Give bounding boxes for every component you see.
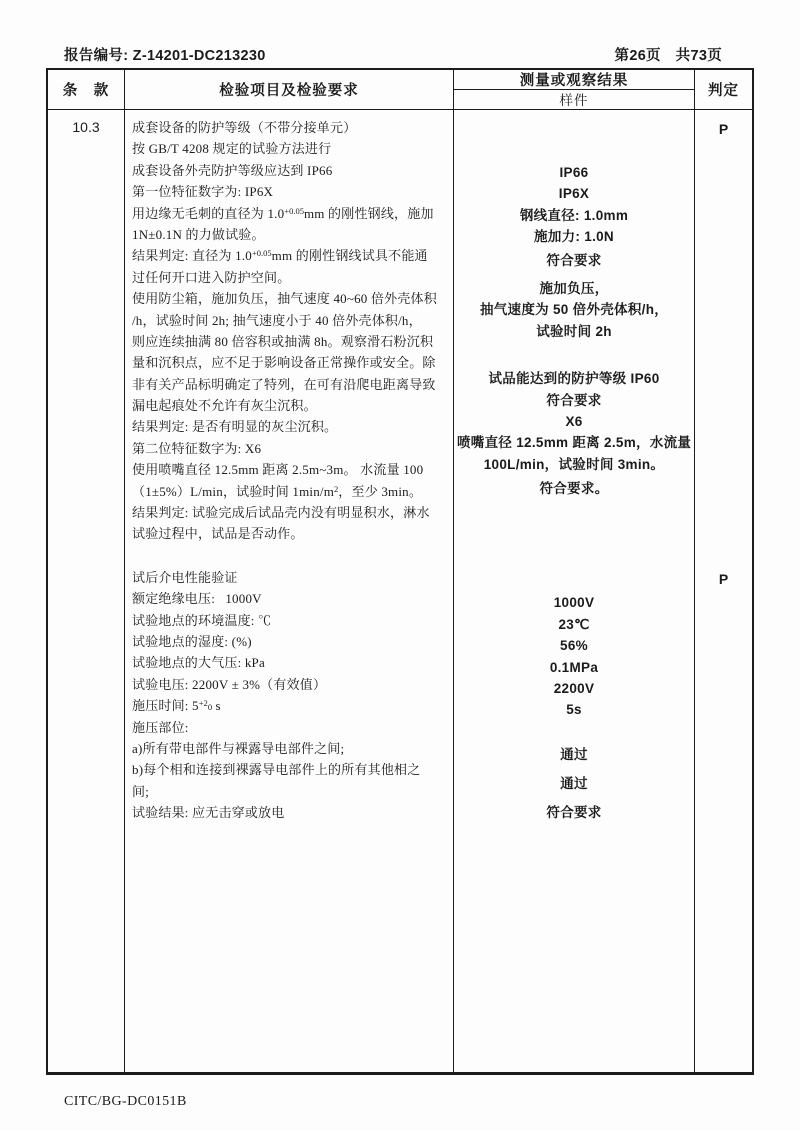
results-pass-2: 通过 xyxy=(457,773,691,794)
result-line: 符合要求 xyxy=(457,390,691,411)
results-pass-1: 通过 xyxy=(457,744,691,765)
requirement-line: 第一位特征数字为: IP6X xyxy=(132,181,451,202)
result-line: 5s xyxy=(457,699,691,720)
requirement-line: a)所有带电部件与裸露导电部件之间; xyxy=(132,738,451,759)
requirements-block-dielectric: 试后介电性能验证额定绝缘电压: 1000V试验地点的环境温度: ℃试验地点的湿度… xyxy=(132,567,451,824)
inspection-table: 条 款 检验项目及检验要求 测量或观察结果 样件 判定 10.3 成套设备的防护… xyxy=(46,68,754,1075)
requirement-line: 试验地点的大气压: kPa xyxy=(132,652,451,673)
result-line: 56% xyxy=(457,635,691,656)
requirement-line: 施压部位: xyxy=(132,717,451,738)
requirement-line: 则应连续抽满 80 倍容积或抽满 8h。观察滑石粉沉积 xyxy=(132,331,451,352)
result-line: 0.1MPa xyxy=(457,657,691,678)
header-clause: 条 款 xyxy=(48,70,125,110)
requirement-line: （1±5%）L/min，试验时间 1min/m2，至少 3min。 xyxy=(132,481,451,502)
requirement-line: 试验地点的环境温度: ℃ xyxy=(132,610,451,631)
result-line: 1000V xyxy=(457,592,691,613)
requirement-line: /h，试验时间 2h; 抽气速度小于 40 倍外壳体积/h， xyxy=(132,310,451,331)
requirement-line: 试验过程中，试品是否动作。 xyxy=(132,523,451,544)
results-dust-test: 施加负压，抽气速度为 50 倍外壳体积/h，试验时间 2h xyxy=(457,278,691,342)
result-line: 试验时间 2h xyxy=(457,321,691,342)
doc-code: CITC/BG-DC0151B xyxy=(64,1094,187,1110)
result-line: 2200V xyxy=(457,678,691,699)
requirement-line: 试后介电性能验证 xyxy=(132,567,451,588)
requirements-block-ip-rating: 成套设备的防护等级（不带分接单元）按 GB/T 4208 规定的试验方法进行成套… xyxy=(132,117,451,545)
result-line: 试品能达到的防护等级 IP60 xyxy=(457,368,691,389)
header-item-label: 检验项目及检验要求 xyxy=(219,79,359,100)
result-line: 施加负压， xyxy=(457,278,691,299)
header-sample: 样件 xyxy=(454,90,694,110)
result-line: 通过 xyxy=(457,744,691,765)
requirement-line: 结果判定: 试验完成后试品壳内没有明显积水，淋水 xyxy=(132,502,451,523)
result-line: IP6X xyxy=(457,183,691,204)
requirement-line: 非有关产品标明确定了特列，在可有沿爬电距离导致 xyxy=(132,374,451,395)
requirement-line: 试验结果: 应无击穿或放电 xyxy=(132,802,451,823)
result-line: 符合要求 xyxy=(457,802,691,823)
requirement-line: 用边缘无毛刺的直径为 1.0+0.05mm 的刚性钢线，施加 xyxy=(132,203,451,224)
requirement-line: 结果判定: 是否有明显的灰尘沉积。 xyxy=(132,416,451,437)
results-conform-3: 符合要求 xyxy=(457,802,691,823)
result-line: 施加力: 1.0N xyxy=(457,226,691,247)
requirement-line: 施压时间: 5+20 s xyxy=(132,695,451,716)
requirement-line: 漏电起痕处不允许有灰尘沉积。 xyxy=(132,395,451,416)
results-conform-2: 符合要求。 xyxy=(457,478,691,499)
requirement-line: 1N±0.1N 的力做试验。 xyxy=(132,224,451,245)
cell-requirements: 成套设备的防护等级（不带分接单元）按 GB/T 4208 规定的试验方法进行成套… xyxy=(125,110,454,1072)
cell-verdict: P P xyxy=(695,110,752,1072)
verdict-pass-1: P xyxy=(695,119,752,140)
report-number: 报告编号: Z-14201-DC213230 xyxy=(64,44,266,65)
header-clause-label: 条 款 xyxy=(63,79,110,100)
requirement-line: 试验电压: 2200V ± 3%（有效值） xyxy=(132,674,451,695)
header-verdict-label: 判定 xyxy=(708,79,739,100)
result-line: 符合要求 xyxy=(457,250,691,271)
requirement-line: 使用喷嘴直径 12.5mm 距离 2.5m~3m。 水流量 100 xyxy=(132,459,451,480)
result-line: 抽气速度为 50 倍外壳体积/h， xyxy=(457,299,691,320)
requirement-line: 成套设备外壳防护等级应达到 IP66 xyxy=(132,160,451,181)
result-line: 喷嘴直径 12.5mm 距离 2.5m，水流量 xyxy=(457,432,691,453)
header-sample-label: 样件 xyxy=(560,89,589,109)
result-line: 23℃ xyxy=(457,614,691,635)
page-indicator: 第26页 共73页 xyxy=(615,44,722,65)
report-page: 报告编号: Z-14201-DC213230 第26页 共73页 条 款 检验项… xyxy=(0,0,800,1131)
requirement-line: 结果判定: 直径为 1.0+0.05mm 的刚性钢线试具不能通 xyxy=(132,245,451,266)
verdict-pass-2: P xyxy=(695,569,752,590)
requirement-line: 使用防尘箱，施加负压，抽气速度 40~60 倍外壳体积 xyxy=(132,288,451,309)
requirement-line: 量和沉积点，应不足于影响设备正常操作或安全。除 xyxy=(132,352,451,373)
page-header: 报告编号: Z-14201-DC213230 第26页 共73页 xyxy=(64,44,722,65)
result-line: 钢线直径: 1.0mm xyxy=(457,205,691,226)
result-line: IP66 xyxy=(457,162,691,183)
header-verdict: 判定 xyxy=(695,70,752,110)
cell-clause: 10.3 xyxy=(48,110,125,1072)
clause-number: 10.3 xyxy=(48,119,124,135)
header-result: 测量或观察结果 样件 xyxy=(454,70,695,110)
requirement-line: 额定绝缘电压: 1000V xyxy=(132,588,451,609)
requirement-line: b)每个相和连接到裸露导电部件上的所有其他相之 xyxy=(132,759,451,780)
results-dielectric-values: 1000V23℃56%0.1MPa2200V5s xyxy=(457,592,691,720)
results-ip60-water: 试品能达到的防护等级 IP60符合要求X6喷嘴直径 12.5mm 距离 2.5m… xyxy=(457,368,691,475)
header-result-label: 测量或观察结果 xyxy=(520,69,629,90)
result-line: 100L/min，试验时间 3min。 xyxy=(457,454,691,475)
requirement-line: 第二位特征数字为: X6 xyxy=(132,438,451,459)
requirement-line: 过任何开口进入防护空间。 xyxy=(132,267,451,288)
result-line: X6 xyxy=(457,411,691,432)
results-conform-1: 符合要求 xyxy=(457,250,691,271)
header-result-top: 测量或观察结果 xyxy=(454,70,694,90)
cell-results: IP66IP6X钢线直径: 1.0mm施加力: 1.0N 符合要求 施加负压，抽… xyxy=(454,110,695,1072)
result-line: 通过 xyxy=(457,773,691,794)
results-ip-values: IP66IP6X钢线直径: 1.0mm施加力: 1.0N xyxy=(457,162,691,248)
requirement-line: 成套设备的防护等级（不带分接单元） xyxy=(132,117,451,138)
header-item: 检验项目及检验要求 xyxy=(125,70,454,110)
result-line: 符合要求。 xyxy=(457,478,691,499)
requirement-line: 间; xyxy=(132,781,451,802)
requirement-line: 试验地点的湿度: (%) xyxy=(132,631,451,652)
requirement-line: 按 GB/T 4208 规定的试验方法进行 xyxy=(132,138,451,159)
